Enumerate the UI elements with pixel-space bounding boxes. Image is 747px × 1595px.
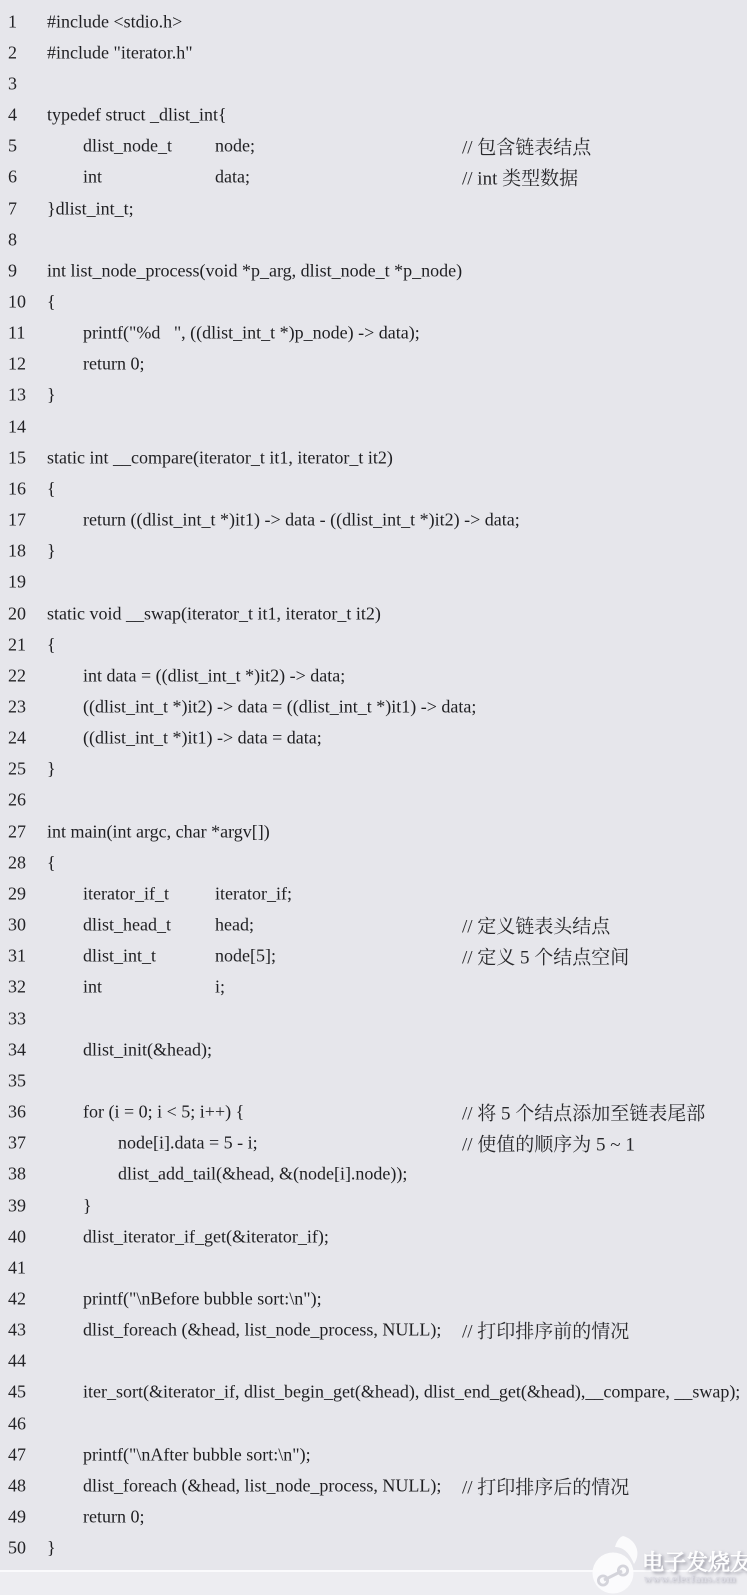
code-text: node[i].data = 5 - i; — [118, 1133, 258, 1154]
line-number: 29 — [8, 883, 26, 904]
code-text: } — [47, 759, 56, 780]
line-number: 13 — [8, 385, 26, 406]
line-number: 45 — [8, 1382, 26, 1403]
line-number: 20 — [8, 603, 26, 624]
code-line: 26 — [0, 785, 747, 816]
code-text: dlist_head_t — [83, 915, 171, 936]
code-comment: // 包含链表结点 — [462, 133, 591, 160]
code-text: dlist_foreach (&head, list_node_process,… — [83, 1475, 441, 1496]
code-line: 21 { — [0, 629, 747, 660]
code-line: 46 — [0, 1408, 747, 1439]
code-text: { — [47, 291, 56, 312]
code-text: dlist_add_tail(&head, &(node[i].node)); — [118, 1164, 407, 1185]
line-number: 32 — [8, 977, 26, 998]
code-text: int list_node_process(void *p_arg, dlist… — [47, 260, 462, 281]
line-number: 16 — [8, 478, 26, 499]
line-number: 40 — [8, 1226, 26, 1247]
line-number: 25 — [8, 759, 26, 780]
line-number: 18 — [8, 541, 26, 562]
code-line: 8 — [0, 224, 747, 255]
line-number: 1 — [8, 11, 17, 32]
code-text: typedef struct _dlist_int{ — [47, 105, 227, 126]
line-number: 5 — [8, 136, 17, 157]
code-text: static void __swap(iterator_t it1, itera… — [47, 603, 381, 624]
decl-name: iterator_if; — [215, 883, 292, 904]
code-text: } — [83, 1195, 92, 1216]
line-number: 23 — [8, 697, 26, 718]
code-line: 14 — [0, 411, 747, 442]
code-line: 7 }dlist_int_t; — [0, 193, 747, 224]
code-line: 44 — [0, 1346, 747, 1377]
line-number: 8 — [8, 229, 17, 250]
code-text: #include "iterator.h" — [47, 42, 193, 63]
line-number: 42 — [8, 1288, 26, 1309]
code-line: 43 dlist_foreach (&head, list_node_proce… — [0, 1315, 747, 1346]
line-number: 10 — [8, 291, 26, 312]
code-line: 3 — [0, 68, 747, 99]
line-number: 4 — [8, 105, 17, 126]
code-text: dlist_foreach (&head, list_node_process,… — [83, 1320, 441, 1341]
code-text: { — [47, 478, 56, 499]
code-line: 20 static void __swap(iterator_t it1, it… — [0, 598, 747, 629]
code-text: printf("\nBefore bubble sort:\n"); — [83, 1288, 322, 1309]
code-line: 1 #include <stdio.h> — [0, 6, 747, 37]
code-comment: // 定义链表头结点 — [462, 912, 610, 939]
line-number: 47 — [8, 1444, 26, 1465]
code-line: 16 { — [0, 473, 747, 504]
code-line: 34 dlist_init(&head); — [0, 1034, 747, 1065]
watermark: 电子发烧友 www.elecfans.com — [590, 1532, 747, 1595]
line-number: 33 — [8, 1008, 26, 1029]
code-line: 25 } — [0, 754, 747, 785]
code-text: #include <stdio.h> — [47, 11, 182, 32]
code-text: dlist_int_t — [83, 946, 156, 967]
code-text: { — [47, 634, 56, 655]
code-line: 5 dlist_node_t node; // 包含链表结点 — [0, 131, 747, 162]
code-line: 32 int i; — [0, 972, 747, 1003]
code-line: 36 for (i = 0; i < 5; i++) { // 将 5 个结点添… — [0, 1096, 747, 1127]
code-line: 11 printf("%d ", ((dlist_int_t *)p_node)… — [0, 318, 747, 349]
code-line: 38 dlist_add_tail(&head, &(node[i].node)… — [0, 1159, 747, 1190]
line-number: 12 — [8, 354, 26, 375]
code-line: 17 return ((dlist_int_t *)it1) -> data -… — [0, 505, 747, 536]
code-comment: // 使值的顺序为 5 ~ 1 — [462, 1130, 635, 1157]
line-number: 15 — [8, 447, 26, 468]
line-number: 48 — [8, 1475, 26, 1496]
code-text: } — [47, 541, 56, 562]
line-number: 41 — [8, 1257, 26, 1278]
line-number: 37 — [8, 1133, 26, 1154]
code-line: 42 printf("\nBefore bubble sort:\n"); — [0, 1283, 747, 1314]
code-text: } — [47, 1538, 56, 1559]
line-number: 30 — [8, 915, 26, 936]
code-line: 35 — [0, 1065, 747, 1096]
line-number: 38 — [8, 1164, 26, 1185]
line-number: 36 — [8, 1102, 26, 1123]
code-line: 33 — [0, 1003, 747, 1034]
code-text: dlist_iterator_if_get(&iterator_if); — [83, 1226, 329, 1247]
code-text: int main(int argc, char *argv[]) — [47, 821, 270, 842]
code-line: 39 } — [0, 1190, 747, 1221]
code-line: 27 int main(int argc, char *argv[]) — [0, 816, 747, 847]
code-comment: // 打印排序前的情况 — [462, 1317, 629, 1344]
code-line: 24 ((dlist_int_t *)it1) -> data = data; — [0, 723, 747, 754]
line-number: 27 — [8, 821, 26, 842]
line-number: 19 — [8, 572, 26, 593]
code-comment: // 将 5 个结点添加至链表尾部 — [462, 1099, 705, 1126]
code-line: 6 int data; // int 类型数据 — [0, 162, 747, 193]
code-line: 2 #include "iterator.h" — [0, 37, 747, 68]
code-line: 47 printf("\nAfter bubble sort:\n"); — [0, 1439, 747, 1470]
code-line: 30 dlist_head_t head; // 定义链表头结点 — [0, 910, 747, 941]
watermark-url-text: www.elecfans.com — [644, 1573, 736, 1585]
code-line: 40 dlist_iterator_if_get(&iterator_if); — [0, 1221, 747, 1252]
decl-name: i; — [215, 977, 225, 998]
code-line: 10 { — [0, 286, 747, 317]
code-line: 19 — [0, 567, 747, 598]
code-text: int — [83, 977, 102, 998]
line-number: 17 — [8, 510, 26, 531]
code-text: iterator_if_t — [83, 883, 169, 904]
code-text: int data = ((dlist_int_t *)it2) -> data; — [83, 665, 345, 686]
line-number: 49 — [8, 1507, 26, 1528]
code-comment: // int 类型数据 — [462, 164, 578, 191]
line-number: 50 — [8, 1538, 26, 1559]
line-number: 46 — [8, 1413, 26, 1434]
code-text: dlist_init(&head); — [83, 1039, 212, 1060]
line-number: 11 — [8, 323, 25, 344]
elecfans-sprout-circuit-logo-icon — [592, 1536, 642, 1595]
line-number: 9 — [8, 260, 17, 281]
code-screenshot-page: { "page": { "bg_color": "#e6e6eb", "bott… — [0, 0, 747, 1595]
code-listing: 1 #include <stdio.h> 2 #include "iterato… — [0, 6, 747, 1564]
code-text: int — [83, 167, 102, 188]
line-number: 21 — [8, 634, 26, 655]
decl-name: data; — [215, 167, 250, 188]
code-text: printf("%d ", ((dlist_int_t *)p_node) ->… — [83, 323, 420, 344]
line-number: 14 — [8, 416, 26, 437]
line-number: 31 — [8, 946, 26, 967]
line-number: 39 — [8, 1195, 26, 1216]
line-number: 6 — [8, 167, 17, 188]
code-comment: // 定义 5 个结点空间 — [462, 943, 629, 970]
code-comment: // 打印排序后的情况 — [462, 1472, 629, 1499]
line-number: 44 — [8, 1351, 26, 1372]
code-line: 22 int data = ((dlist_int_t *)it2) -> da… — [0, 660, 747, 691]
code-text: iter_sort(&iterator_if, dlist_begin_get(… — [83, 1382, 740, 1403]
decl-name: node; — [215, 136, 255, 157]
line-number: 26 — [8, 790, 26, 811]
code-line: 29 iterator_if_t iterator_if; — [0, 878, 747, 909]
code-line: 13 } — [0, 380, 747, 411]
decl-name: node[5]; — [215, 946, 276, 967]
line-number: 35 — [8, 1070, 26, 1091]
code-text: return 0; — [83, 1507, 144, 1528]
line-number: 3 — [8, 73, 17, 94]
code-text: return 0; — [83, 354, 144, 375]
code-text: { — [47, 852, 56, 873]
line-number: 43 — [8, 1320, 26, 1341]
code-text: dlist_node_t — [83, 136, 172, 157]
code-text: } — [47, 385, 56, 406]
code-text: printf("\nAfter bubble sort:\n"); — [83, 1444, 311, 1465]
code-line: 28 { — [0, 847, 747, 878]
code-line: 4 typedef struct _dlist_int{ — [0, 99, 747, 130]
code-line: 41 — [0, 1252, 747, 1283]
line-number: 34 — [8, 1039, 26, 1060]
line-number: 7 — [8, 198, 17, 219]
code-line: 45 iter_sort(&iterator_if, dlist_begin_g… — [0, 1377, 747, 1408]
code-line: 9 int list_node_process(void *p_arg, dli… — [0, 255, 747, 286]
line-number: 24 — [8, 728, 26, 749]
code-line: 48 dlist_foreach (&head, list_node_proce… — [0, 1470, 747, 1501]
line-number: 28 — [8, 852, 26, 873]
code-line: 31 dlist_int_t node[5]; // 定义 5 个结点空间 — [0, 941, 747, 972]
code-line: 23 ((dlist_int_t *)it2) -> data = ((dlis… — [0, 691, 747, 722]
code-text: static int __compare(iterator_t it1, ite… — [47, 447, 393, 468]
code-text: ((dlist_int_t *)it1) -> data = data; — [83, 728, 322, 749]
code-line: 49 return 0; — [0, 1502, 747, 1533]
code-line: 18 } — [0, 536, 747, 567]
line-number: 2 — [8, 42, 17, 63]
code-line: 37 node[i].data = 5 - i; // 使值的顺序为 5 ~ 1 — [0, 1128, 747, 1159]
code-text: return ((dlist_int_t *)it1) -> data - ((… — [83, 510, 520, 531]
code-text: ((dlist_int_t *)it2) -> data = ((dlist_i… — [83, 697, 476, 718]
line-number: 22 — [8, 665, 26, 686]
code-text: for (i = 0; i < 5; i++) { — [83, 1102, 244, 1123]
decl-name: head; — [215, 915, 254, 936]
code-line: 15 static int __compare(iterator_t it1, … — [0, 442, 747, 473]
code-line: 12 return 0; — [0, 349, 747, 380]
code-text: }dlist_int_t; — [47, 198, 134, 219]
